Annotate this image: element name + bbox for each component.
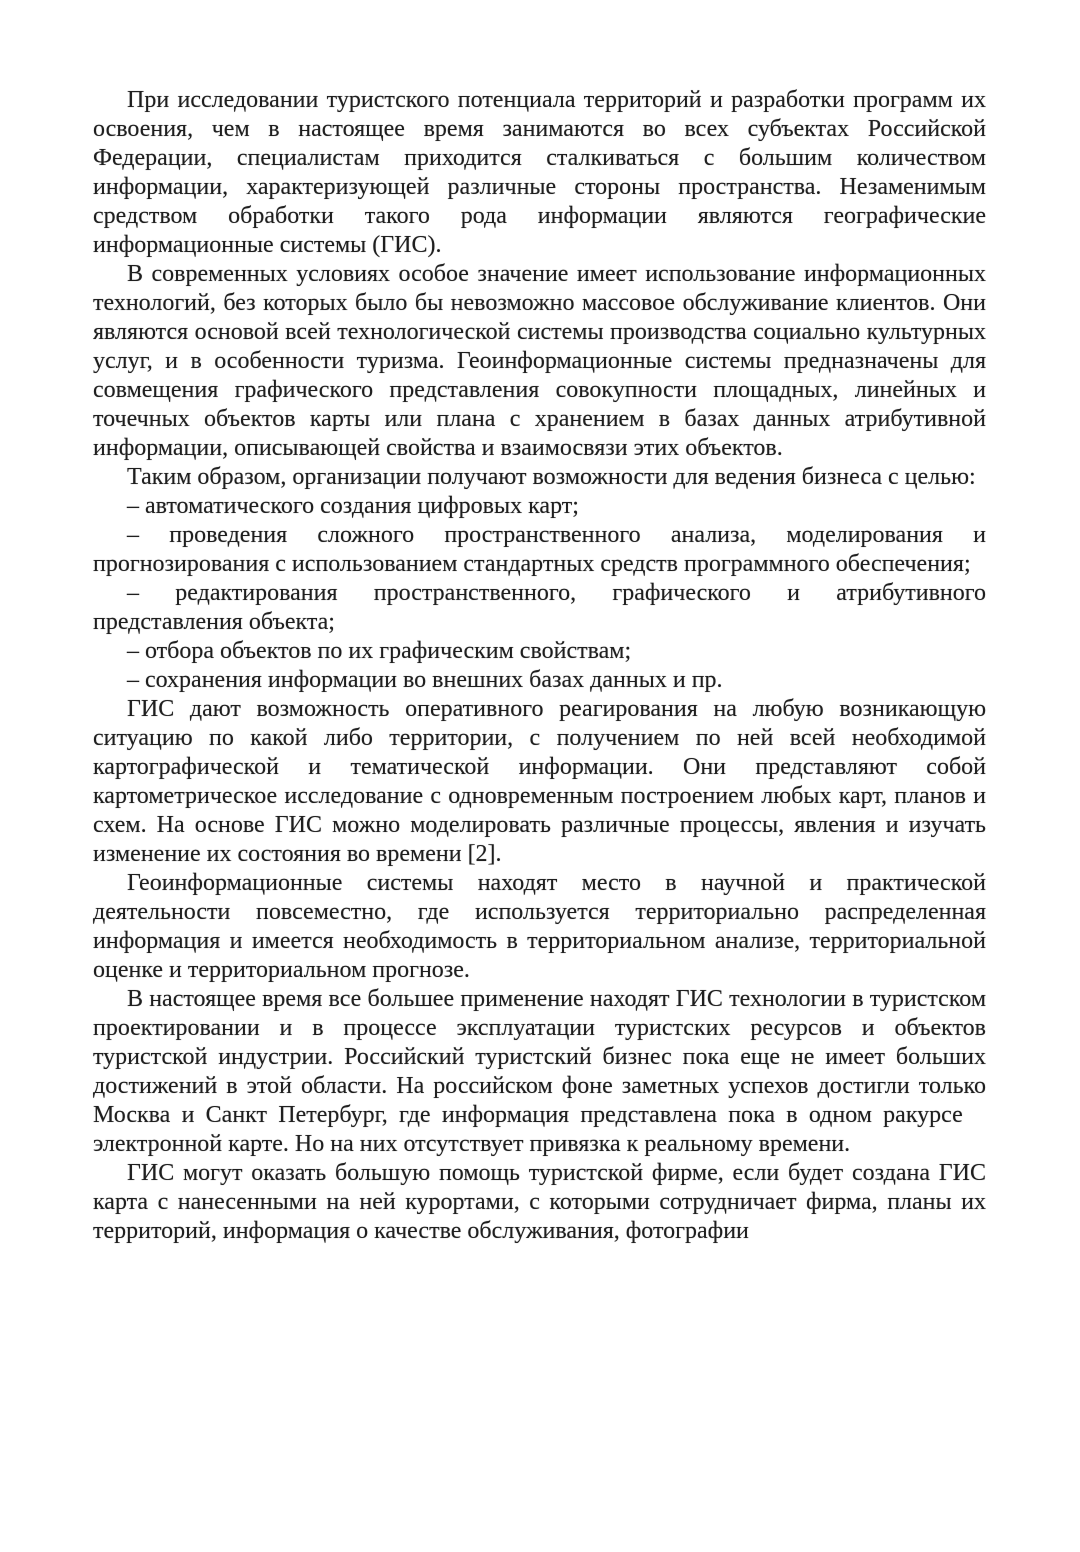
scanned-document-page: При исследовании туристского потенциала … [0,0,1080,1552]
list-item: – редактирования пространственного, граф… [93,579,986,637]
list-item: – сохранения информации во внешних базах… [93,666,986,695]
paragraph: Таким образом, организации получают возм… [93,463,986,492]
paragraph: При исследовании туристского потенциала … [93,86,986,260]
list-item: – отбора объектов по их графическим свой… [93,637,986,666]
paragraph: В настоящее время все большее применение… [93,985,986,1159]
paragraph: Геоинформационные системы находят место … [93,869,986,985]
paragraph: ГИС дают возможность оперативного реагир… [93,695,986,869]
text-block: При исследовании туристского потенциала … [93,86,986,1246]
paragraph: ГИС могут оказать большую помощь туристс… [93,1159,986,1246]
list-item: – автоматического создания цифровых карт… [93,492,986,521]
paragraph: В современных условиях особое значение и… [93,260,986,463]
list-item: – проведения сложного пространственного … [93,521,986,579]
